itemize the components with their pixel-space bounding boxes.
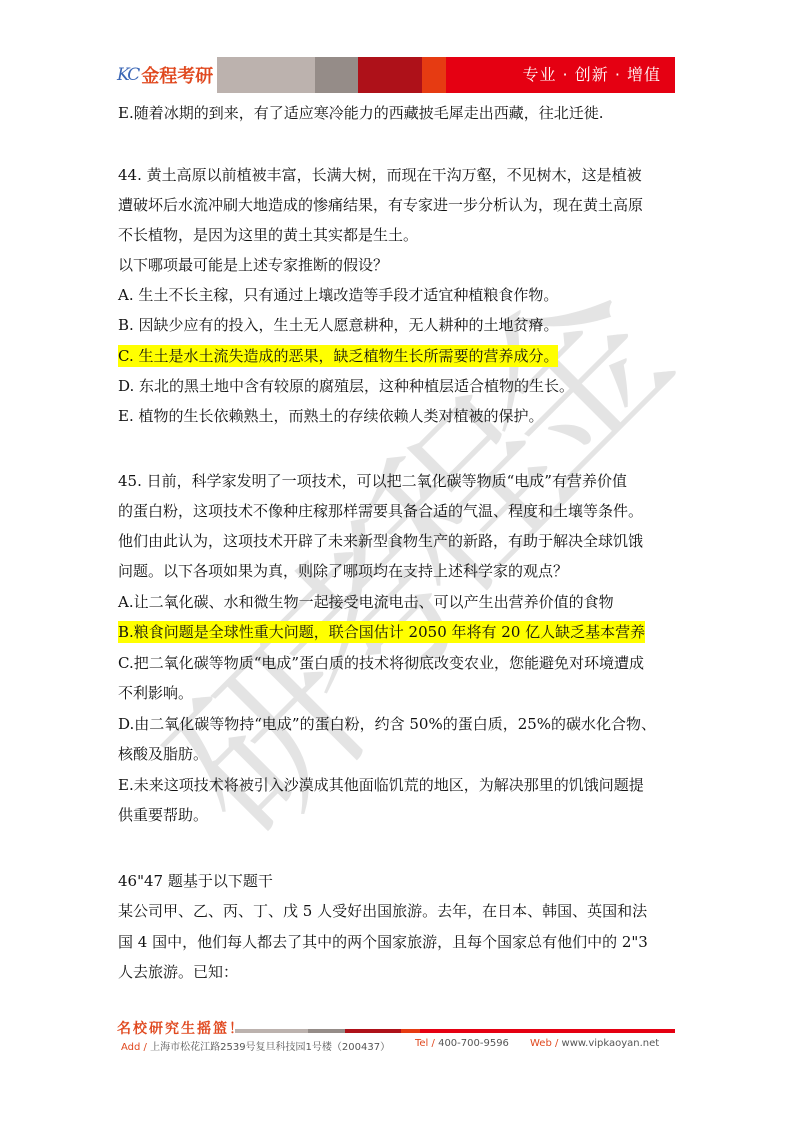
footer-tel: Tel / 400-700-9596 [415,1038,509,1049]
previous-option-e: E.随着冰期的到来，有了适应寒冷能力的西藏披毛犀走出西藏，往北迁徙. [118,102,604,124]
q44-option-c-highlighted: C. 生土是水土流失造成的恶果，缺乏植物生长所需要的营养成分。 [118,345,558,367]
q45-stem-line: 问题。以下各项如果为真，则除了哪项均在支持上述科学家的观点？ [118,560,568,582]
q45-option-d-cont: 核酸及脂肪。 [118,743,208,765]
footer-band-light-gray [235,1029,308,1033]
page-header: KC 金程考研 专业 · 创新 · 增值 [117,56,675,94]
footer-address: Add / 上海市松花江路2539号复旦科技园1号楼（200437） [121,1038,390,1053]
q44-question: 以下哪项最可能是上述专家推断的假设？ [118,254,388,276]
footer-band-gray [308,1029,345,1033]
q45-stem-line: 他们由此认为，这项技术开辟了未来新型食物生产的新路，有助于解决全球饥饿 [118,530,643,552]
header-band-light-gray [217,57,315,93]
q45-option-e: E.未来这项技术将被引入沙漠成其他面临饥荒的地区，为解决那里的饥饿问题提 [118,774,644,796]
q45-option-c-cont: 不利影响。 [118,682,193,704]
logo-mark-icon: KC [117,65,138,85]
q45-option-b-highlighted: B.粮食问题是全球性重大问题，联合国估计 2050 年将有 20 亿人缺乏基本营… [118,621,645,643]
q45-option-c: C.把二氧化碳等物质“电成”蛋白质的技术将彻底改变农业，您能避免对环境遭成 [118,652,644,674]
q46-47-title: 46"47 题基于以下题干 [118,870,273,892]
footer-band-orange [401,1029,420,1033]
tel-value: 400-700-9596 [438,1038,509,1049]
q44-stem-line: 44. 黄土高原以前植被丰富，长满大树，而现在干沟万壑，不见树木，这是植被 [118,164,642,186]
q46-47-stem-line: 某公司甲、乙、丙、丁、戊 5 人受好出国旅游。去年，在日本、韩国、英国和法 [118,900,647,922]
q46-47-stem-line: 人去旅游。已知： [118,961,238,983]
web-link[interactable]: www.vipkaoyan.net [562,1038,660,1049]
q44-stem-line: 不长植物，是因为这里的黄土其实都是生土。 [118,224,418,246]
page-footer: 名校研究生摇篮！ Add / 上海市松花江路2539号复旦科技园1号楼（2004… [117,1018,677,1058]
web-label: Web / [530,1038,558,1049]
footer-band-red [420,1029,675,1033]
q45-option-e-cont: 供重要帮助。 [118,804,208,826]
header-band-gray [315,57,358,93]
footer-band-dark-red [345,1029,401,1033]
q44-stem-line: 遭破坏后水流冲刷大地造成的惨痛结果，有专家进一步分析认为，现在黄土高原 [118,194,643,216]
q45-stem-line: 的蛋白粉，这项技术不像种庄稼那样需要具备合适的气温、程度和土壤等条件。 [118,500,643,522]
q44-option-a: A. 生土不长主稼，只有通过上壤改造等手段才适宜种植粮食作物。 [118,284,558,306]
footer-web: Web / www.vipkaoyan.net [530,1038,659,1049]
q44-option-d: D. 东北的黑土地中含有较原的腐殖层，这种种植层适合植物的生长。 [118,375,574,397]
header-band-dark-red [358,57,422,93]
q44-option-b: B. 因缺少应有的投入，生土无人愿意耕种，无人耕种的土地贫瘠。 [118,314,559,336]
q45-option-d: D.由二氧化碳等物持“电成”的蛋白粉，约含 50%的蛋白质，25%的碳水化合物、 [118,713,656,735]
brand-logo: KC 金程考研 [117,56,217,94]
q45-option-a: A.让二氧化碳、水和微生物一起接受电流电击、可以产生出营养价值的食物 [118,591,614,613]
tel-label: Tel / [415,1038,435,1049]
q44-option-e: E. 植物的生长依赖熟土，而熟土的存续依赖人类对植被的保护。 [118,405,544,427]
header-band-orange [422,57,446,93]
footer-slogan: 名校研究生摇篮！ [117,1018,245,1038]
address-label: Add / [121,1042,147,1053]
header-slogan: 专业 · 创新 · 增值 [522,56,661,94]
q46-47-stem-line: 国 4 国中，他们每人都去了其中的两个国家旅游，且每个国家总有他们中的 2"3 [118,931,648,953]
address-value: 上海市松花江路2539号复旦科技园1号楼（200437） [150,1042,390,1053]
logo-text: 金程考研 [141,62,213,88]
q45-stem-line: 45. 日前，科学家发明了一项技术，可以把二氧化碳等物质“电成”有营养价值 [118,470,627,492]
